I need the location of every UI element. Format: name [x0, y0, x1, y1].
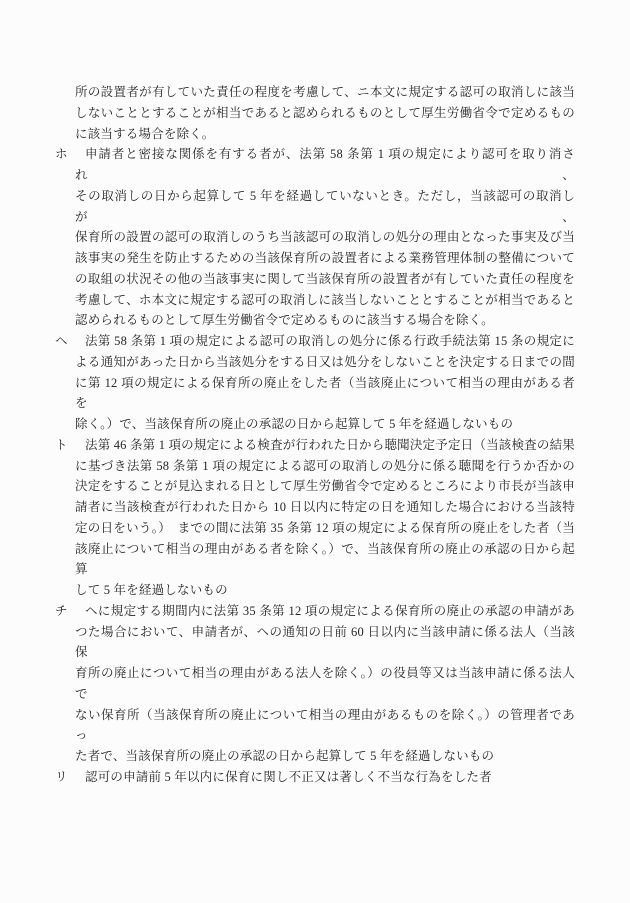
item-marker: ヘ: [55, 331, 68, 352]
text-line: 認められるものとして厚生労働省令で定めるものに該当する場合を除く。: [75, 310, 575, 331]
text-line: の取組の状況その他の当該事実に関して当該保育所の設置者が有していた責任の程度を: [75, 269, 575, 290]
text-line: た者で、当該保育所の廃止の承認の日から起算して 5 年を経過しないもの: [75, 746, 575, 767]
list-item-チ: チヘに規定する期間内に法第 35 条第 12 項の規定による保育所の廃止の承認の…: [55, 601, 575, 767]
text-line: に第 12 項の規定による保育所の廃止をした者（当該廃止について相当の理由がある…: [75, 373, 575, 415]
text-line: 該事実の発生を防止するための当該保育所の設置者による業務管理体制の整備について: [75, 248, 575, 269]
text-line: 保育所の設置の認可の取消しのうち当該認可の取消しの処分の理由となった事実及び当: [75, 227, 575, 248]
text-line: 考慮して、ホ本文に規定する認可の取消しに該当しないこととすることが相当であると: [75, 290, 575, 311]
text-line: しないこととすることが相当であると認められるものとして厚生労働省令で定めるもの: [75, 103, 575, 124]
continuation-paragraph: 所の設置者が有していた責任の程度を考慮して、ニ本文に規定する認可の取消しに該当し…: [55, 82, 575, 144]
text-line: つた場合において、申請者が、ヘの通知の日前 60 日以内に当該申請に係る法人（当…: [75, 622, 575, 664]
text-line: 法第 46 条第 1 項の規定による検査が行われた日から聴聞決定予定日（当該検査…: [75, 435, 575, 456]
text-line: よる通知があった日から当該処分をする日又は処分をしないことを決定する日までの間: [75, 352, 575, 373]
item-marker: リ: [55, 767, 68, 788]
text-line: 認可の申請前 5 年以内に保育に関し不正又は著しく不当な行為をした者: [75, 767, 575, 788]
list-item-ト: ト法第 46 条第 1 項の規定による検査が行われた日から聴聞決定予定日（当該検…: [55, 435, 575, 601]
text-line: ヘに規定する期間内に法第 35 条第 12 項の規定による保育所の廃止の承認の申…: [75, 601, 575, 622]
text-line: に該当する場合を除く。: [75, 124, 575, 145]
document-page: 所の設置者が有していた責任の程度を考慮して、ニ本文に規定する認可の取消しに該当し…: [0, 0, 630, 903]
text-line: その取消しの日から起算して 5 年を経過していないとき。ただし，当該認可の取消し…: [75, 186, 575, 228]
text-line: 決定をすることが見込まれる日として厚生労働省令で定めるところにより市長が当該申: [75, 476, 575, 497]
document-body: 所の設置者が有していた責任の程度を考慮して、ニ本文に規定する認可の取消しに該当し…: [55, 82, 575, 788]
text-line: 該廃止について相当の理由がある者を除く。）で、当該保育所の廃止の承認の日から起算: [75, 539, 575, 581]
text-line: 請者に当該検査が行われた日から 10 日以内に特定の日を通知した場合における当該…: [75, 497, 575, 518]
text-line: して 5 年を経過しないもの: [75, 580, 575, 601]
text-line: ない保育所（当該保育所の廃止について相当の理由があるものを除く。）の管理者であっ: [75, 705, 575, 747]
item-marker: チ: [55, 601, 68, 622]
text-line: 所の設置者が有していた責任の程度を考慮して、ニ本文に規定する認可の取消しに該当: [75, 82, 575, 103]
item-marker: ホ: [55, 144, 68, 165]
list-item-リ: リ認可の申請前 5 年以内に保育に関し不正又は著しく不当な行為をした者: [55, 767, 575, 788]
text-line: 定の日をいう。） までの間に法第 35 条第 12 項の規定による保育所の廃止を…: [75, 518, 575, 539]
list-item-ホ: ホ申請者と密接な関係を有する者が、法第 58 条第 1 項の規定により認可を取り…: [55, 144, 575, 331]
text-line: 申請者と密接な関係を有する者が、法第 58 条第 1 項の規定により認可を取り消…: [75, 144, 575, 186]
text-line: 育所の廃止について相当の理由がある法人を除く。）の役員等又は当該申請に係る法人で: [75, 663, 575, 705]
text-line: に基づき法第 58 条第 1 項の規定による認可の取消しの処分に係る聴聞を行うか…: [75, 456, 575, 477]
text-line: 除く。）で、当該保育所の廃止の承認の日から起算して 5 年を経過しないもの: [75, 414, 575, 435]
list-item-ヘ: ヘ法第 58 条第 1 項の規定による認可の取消しの処分に係る行政手続法第 15…: [55, 331, 575, 435]
item-marker: ト: [55, 435, 68, 456]
text-line: 法第 58 条第 1 項の規定による認可の取消しの処分に係る行政手続法第 15 …: [75, 331, 575, 352]
